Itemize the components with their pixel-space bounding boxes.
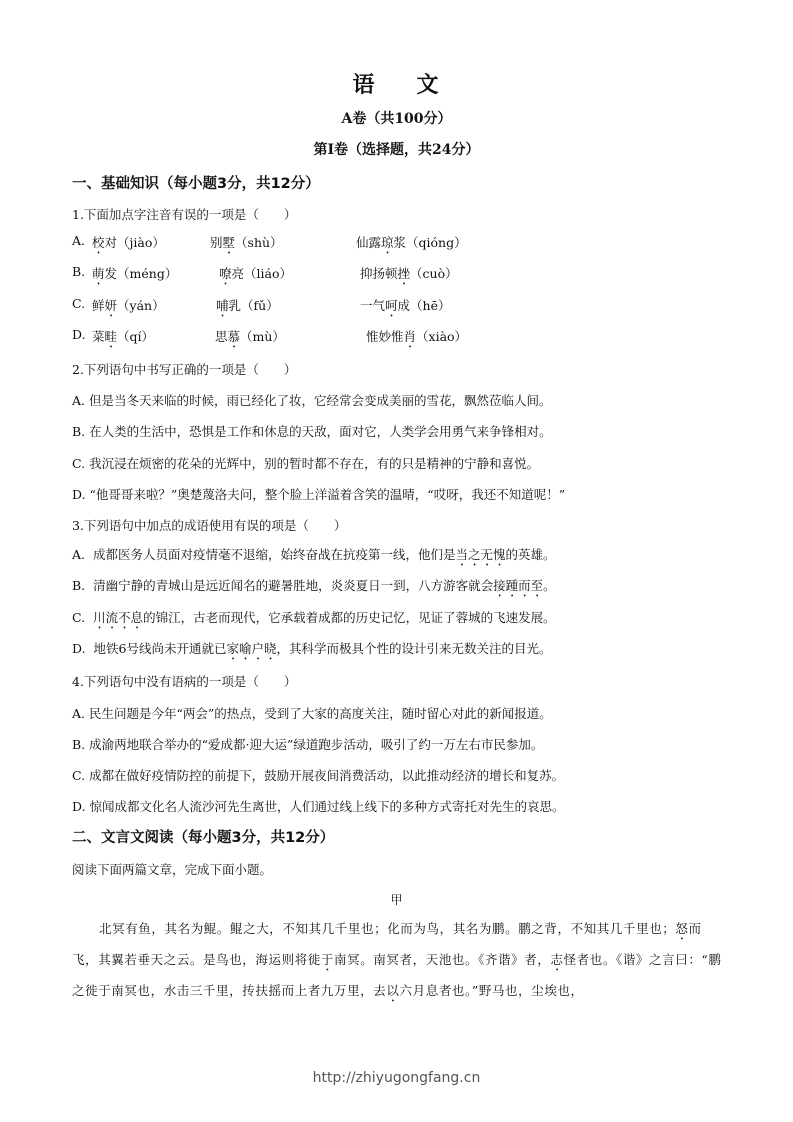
q1-option-label: A.: [72, 233, 85, 248]
q1-option-cell: 惟妙惟肖（xiào）: [366, 327, 467, 351]
q3-option-d: D. 地铁6号线尚未开通就已家喻户晓，其科学而极具个性的设计引来无数关注的目光。: [72, 639, 552, 663]
q3-option-b: B. 清幽宁静的青城山是远近闻名的避暑胜地，炎炎夏日一到，八方游客就会接踵而至。: [72, 576, 556, 600]
q4-stem: 4.下列语句中没有语病的一项是（ ）: [72, 672, 296, 690]
q1-option-cell: 仙露琼浆（qióng）: [356, 233, 467, 257]
q1-option-cell: 校对（jiào）: [92, 233, 165, 257]
title-char-2: 文: [417, 72, 441, 98]
q2-stem: 2.下列语句中书写正确的一项是（ ）: [72, 360, 296, 378]
q1-option-cell: 别墅（shù）: [210, 233, 283, 257]
part-heading: 第I卷（选择题，共24分）: [0, 139, 793, 159]
q1-option-cell: 鲜妍（yán）: [92, 296, 165, 320]
q1-option-label: D.: [72, 327, 86, 342]
q1-option-cell: 抑扬顿挫（cuò）: [360, 264, 458, 288]
q1-option-cell: 哺乳（fǔ）: [216, 296, 279, 320]
q1-option-cell: 菜畦（qí）: [92, 327, 154, 351]
q2-option-d: D. “他哥哥来啦？”奥楚蔑洛夫问，整个脸上洋溢着含笑的温晴，“哎呀，我还不知道…: [72, 485, 565, 503]
q1-option-label: C.: [72, 296, 85, 311]
q1-option-cell: 一气呵成（hē）: [360, 296, 450, 320]
q2-option-c: C. 我沉浸在烦密的花朵的光辉中，别的暂时都不存在，有的只是精神的宁静和喜悦。: [72, 454, 539, 472]
q3-option-a: A. 成都医务人员面对疫情毫不退缩，始终奋战在抗疫第一线，他们是当之无愧的英雄。: [72, 545, 556, 569]
q2-option-a: A. 但是当冬天来临的时候，雨已经化了妆，它经常会变成美丽的雪花，飘然莅临人间。: [72, 391, 551, 409]
q4-option-b: B. 成渝两地联合举办的“爱成都·迎大运”绿道跑步活动，吸引了约一万左右市民参加…: [72, 735, 543, 753]
q1-option-cell: 萌发（méng）: [92, 264, 177, 288]
q3-option-c: C. 川流不息的锦江，古老而现代，它承载着成都的历史记忆，见证了蓉城的飞速发展。: [72, 608, 556, 632]
q4-option-d: D. 惊闻成都文化名人流沙河先生离世，人们通过线上线下的多种方式寄托对先生的哀思…: [72, 797, 565, 815]
passage-label: 甲: [0, 891, 793, 908]
q4-option-c: C. 成都在做好疫情防控的前提下，鼓励开展夜间消费活动，以此推动经济的增长和复苏…: [72, 766, 564, 784]
classical-passage: 北冥有鱼，其名为鲲。鲲之大，不知其几千里也；化而为鸟，其名为鹏。鹏之背，不知其几…: [72, 913, 722, 1006]
footer-url: http://zhiyugongfang.cn: [0, 1070, 793, 1086]
page-title: 语文: [0, 68, 793, 99]
q1-stem: 1.下面加点字注音有误的一项是（ ）: [72, 205, 296, 223]
volume-heading: A卷（共100分）: [0, 108, 793, 128]
q1-option-cell: 嘹亮（liáo）: [219, 264, 292, 288]
q1-option-cell: 思慕（mù）: [215, 327, 285, 351]
q4-option-a: A. 民生问题是今年“两会”的热点，受到了大家的高度关注，随时留心对此的新闻报道…: [72, 704, 552, 722]
section2-heading: 二、文言文阅读（每小题3分，共12分）: [72, 826, 334, 847]
q2-option-b: B. 在人类的生活中，恐惧是工作和休息的天敌，面对它，人类学会用勇气来争锋相对。: [72, 422, 552, 440]
q1-option-label: B.: [72, 264, 85, 279]
title-char-1: 语: [352, 72, 376, 98]
section2-intro: 阅读下面两篇文章，完成下面小题。: [72, 860, 272, 878]
q3-stem: 3.下列语句中加点的成语使用有误的项是（ ）: [72, 516, 346, 534]
section1-heading: 一、基础知识（每小题3分，共12分）: [72, 172, 320, 193]
